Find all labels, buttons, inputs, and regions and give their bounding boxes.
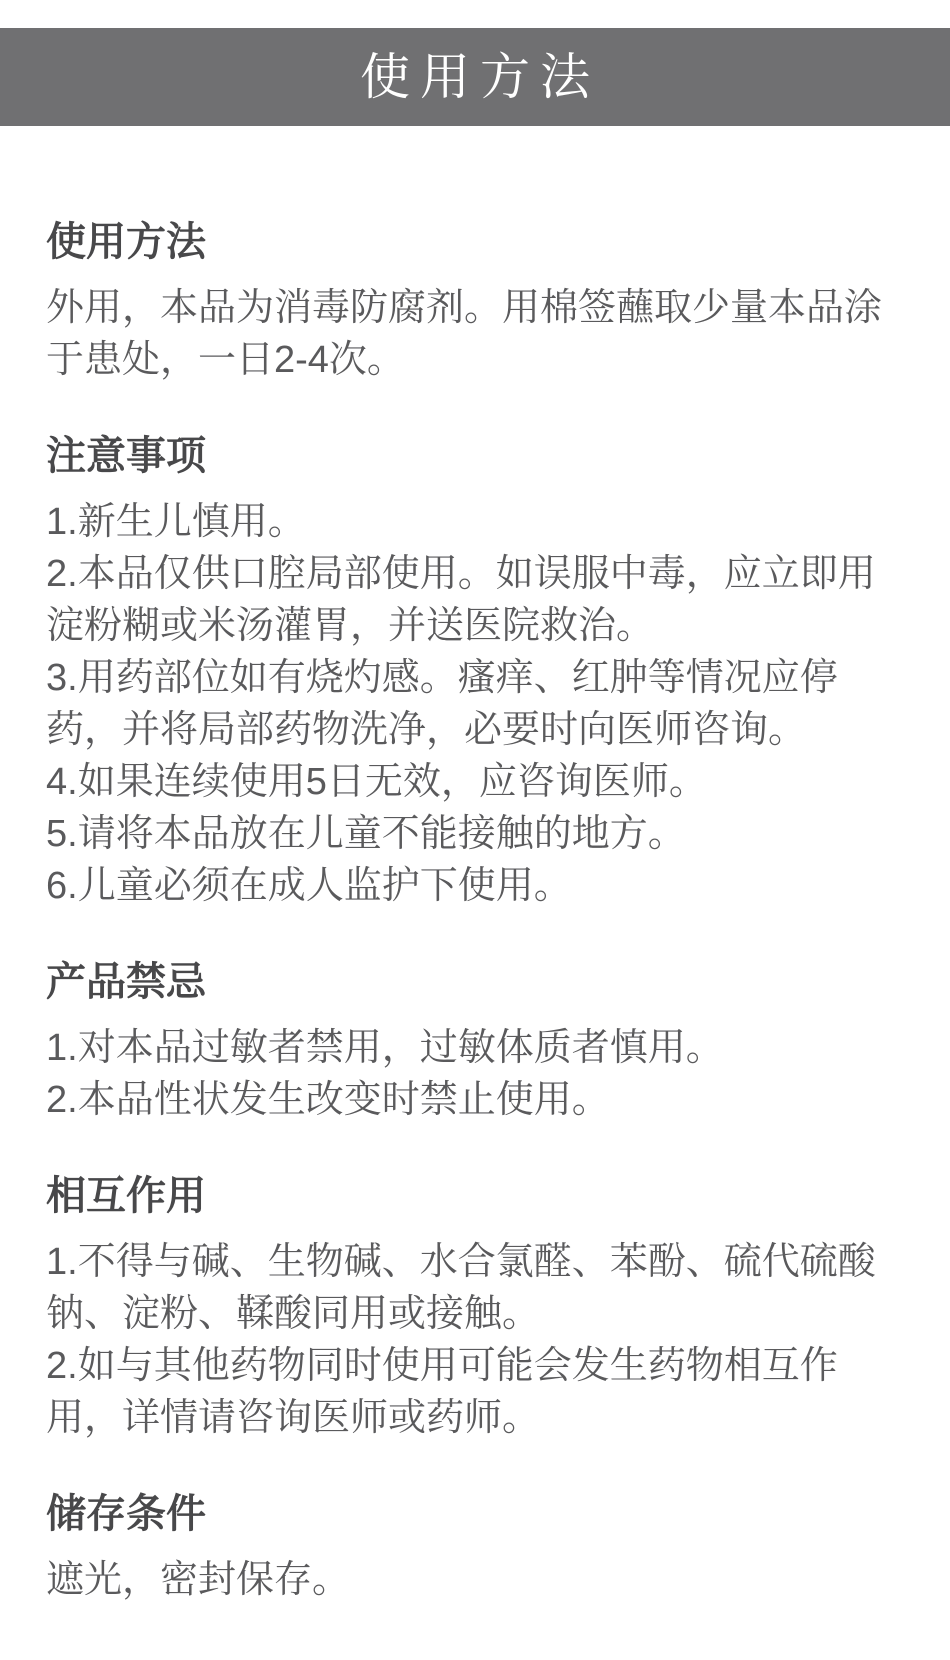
instructions-content: 使用方法 外用，本品为消毒防腐剂。用棉签蘸取少量本品涂于患处，一日2-4次。 注… — [0, 126, 950, 1606]
section: 产品禁忌 1.对本品过敏者禁用，过敏体质者慎用。2.本品性状发生改变时禁止使用。 — [46, 958, 904, 1126]
section: 相互作用 1.不得与碱、生物碱、水合氯醛、苯酚、硫代硫酸钠、淀粉、鞣酸同用或接触… — [46, 1172, 904, 1444]
section-paragraph: 1.对本品过敏者禁用，过敏体质者慎用。 — [46, 1022, 904, 1074]
section: 注意事项 1.新生儿慎用。2.本品仅供口腔局部使用。如误服中毒，应立即用淀粉糊或… — [46, 432, 904, 912]
section-paragraph: 2.如与其他药物同时使用可能会发生药物相互作用，详情请咨询医师或药师。 — [46, 1340, 904, 1444]
section: 储存条件 遮光，密封保存。 — [46, 1490, 904, 1606]
section-paragraph: 4.如果连续使用5日无效，应咨询医师。 — [46, 756, 904, 808]
section-heading: 注意事项 — [46, 432, 904, 480]
section-paragraph: 3.用药部位如有烧灼感。瘙痒、红肿等情况应停药，并将局部药物洗净，必要时向医师咨… — [46, 652, 904, 756]
section-paragraph: 6.儿童必须在成人监护下使用。 — [46, 860, 904, 912]
section: 使用方法 外用，本品为消毒防腐剂。用棉签蘸取少量本品涂于患处，一日2-4次。 — [46, 218, 904, 386]
section-heading: 使用方法 — [46, 218, 904, 266]
section-paragraph: 5.请将本品放在儿童不能接触的地方。 — [46, 808, 904, 860]
page-title: 使用方法 — [350, 52, 600, 102]
header-bar: 使用方法 — [0, 28, 950, 126]
section-heading: 储存条件 — [46, 1490, 904, 1538]
section-heading: 产品禁忌 — [46, 958, 904, 1006]
section-paragraph: 1.新生儿慎用。 — [46, 496, 904, 548]
section-paragraph: 1.不得与碱、生物碱、水合氯醛、苯酚、硫代硫酸钠、淀粉、鞣酸同用或接触。 — [46, 1236, 904, 1340]
section-heading: 相互作用 — [46, 1172, 904, 1220]
section-paragraph: 2.本品性状发生改变时禁止使用。 — [46, 1074, 904, 1126]
top-whitespace — [0, 0, 950, 28]
section-paragraph: 外用，本品为消毒防腐剂。用棉签蘸取少量本品涂于患处，一日2-4次。 — [46, 282, 904, 386]
section-paragraph: 2.本品仅供口腔局部使用。如误服中毒，应立即用淀粉糊或米汤灌胃，并送医院救治。 — [46, 548, 904, 652]
section-paragraph: 遮光，密封保存。 — [46, 1554, 904, 1606]
